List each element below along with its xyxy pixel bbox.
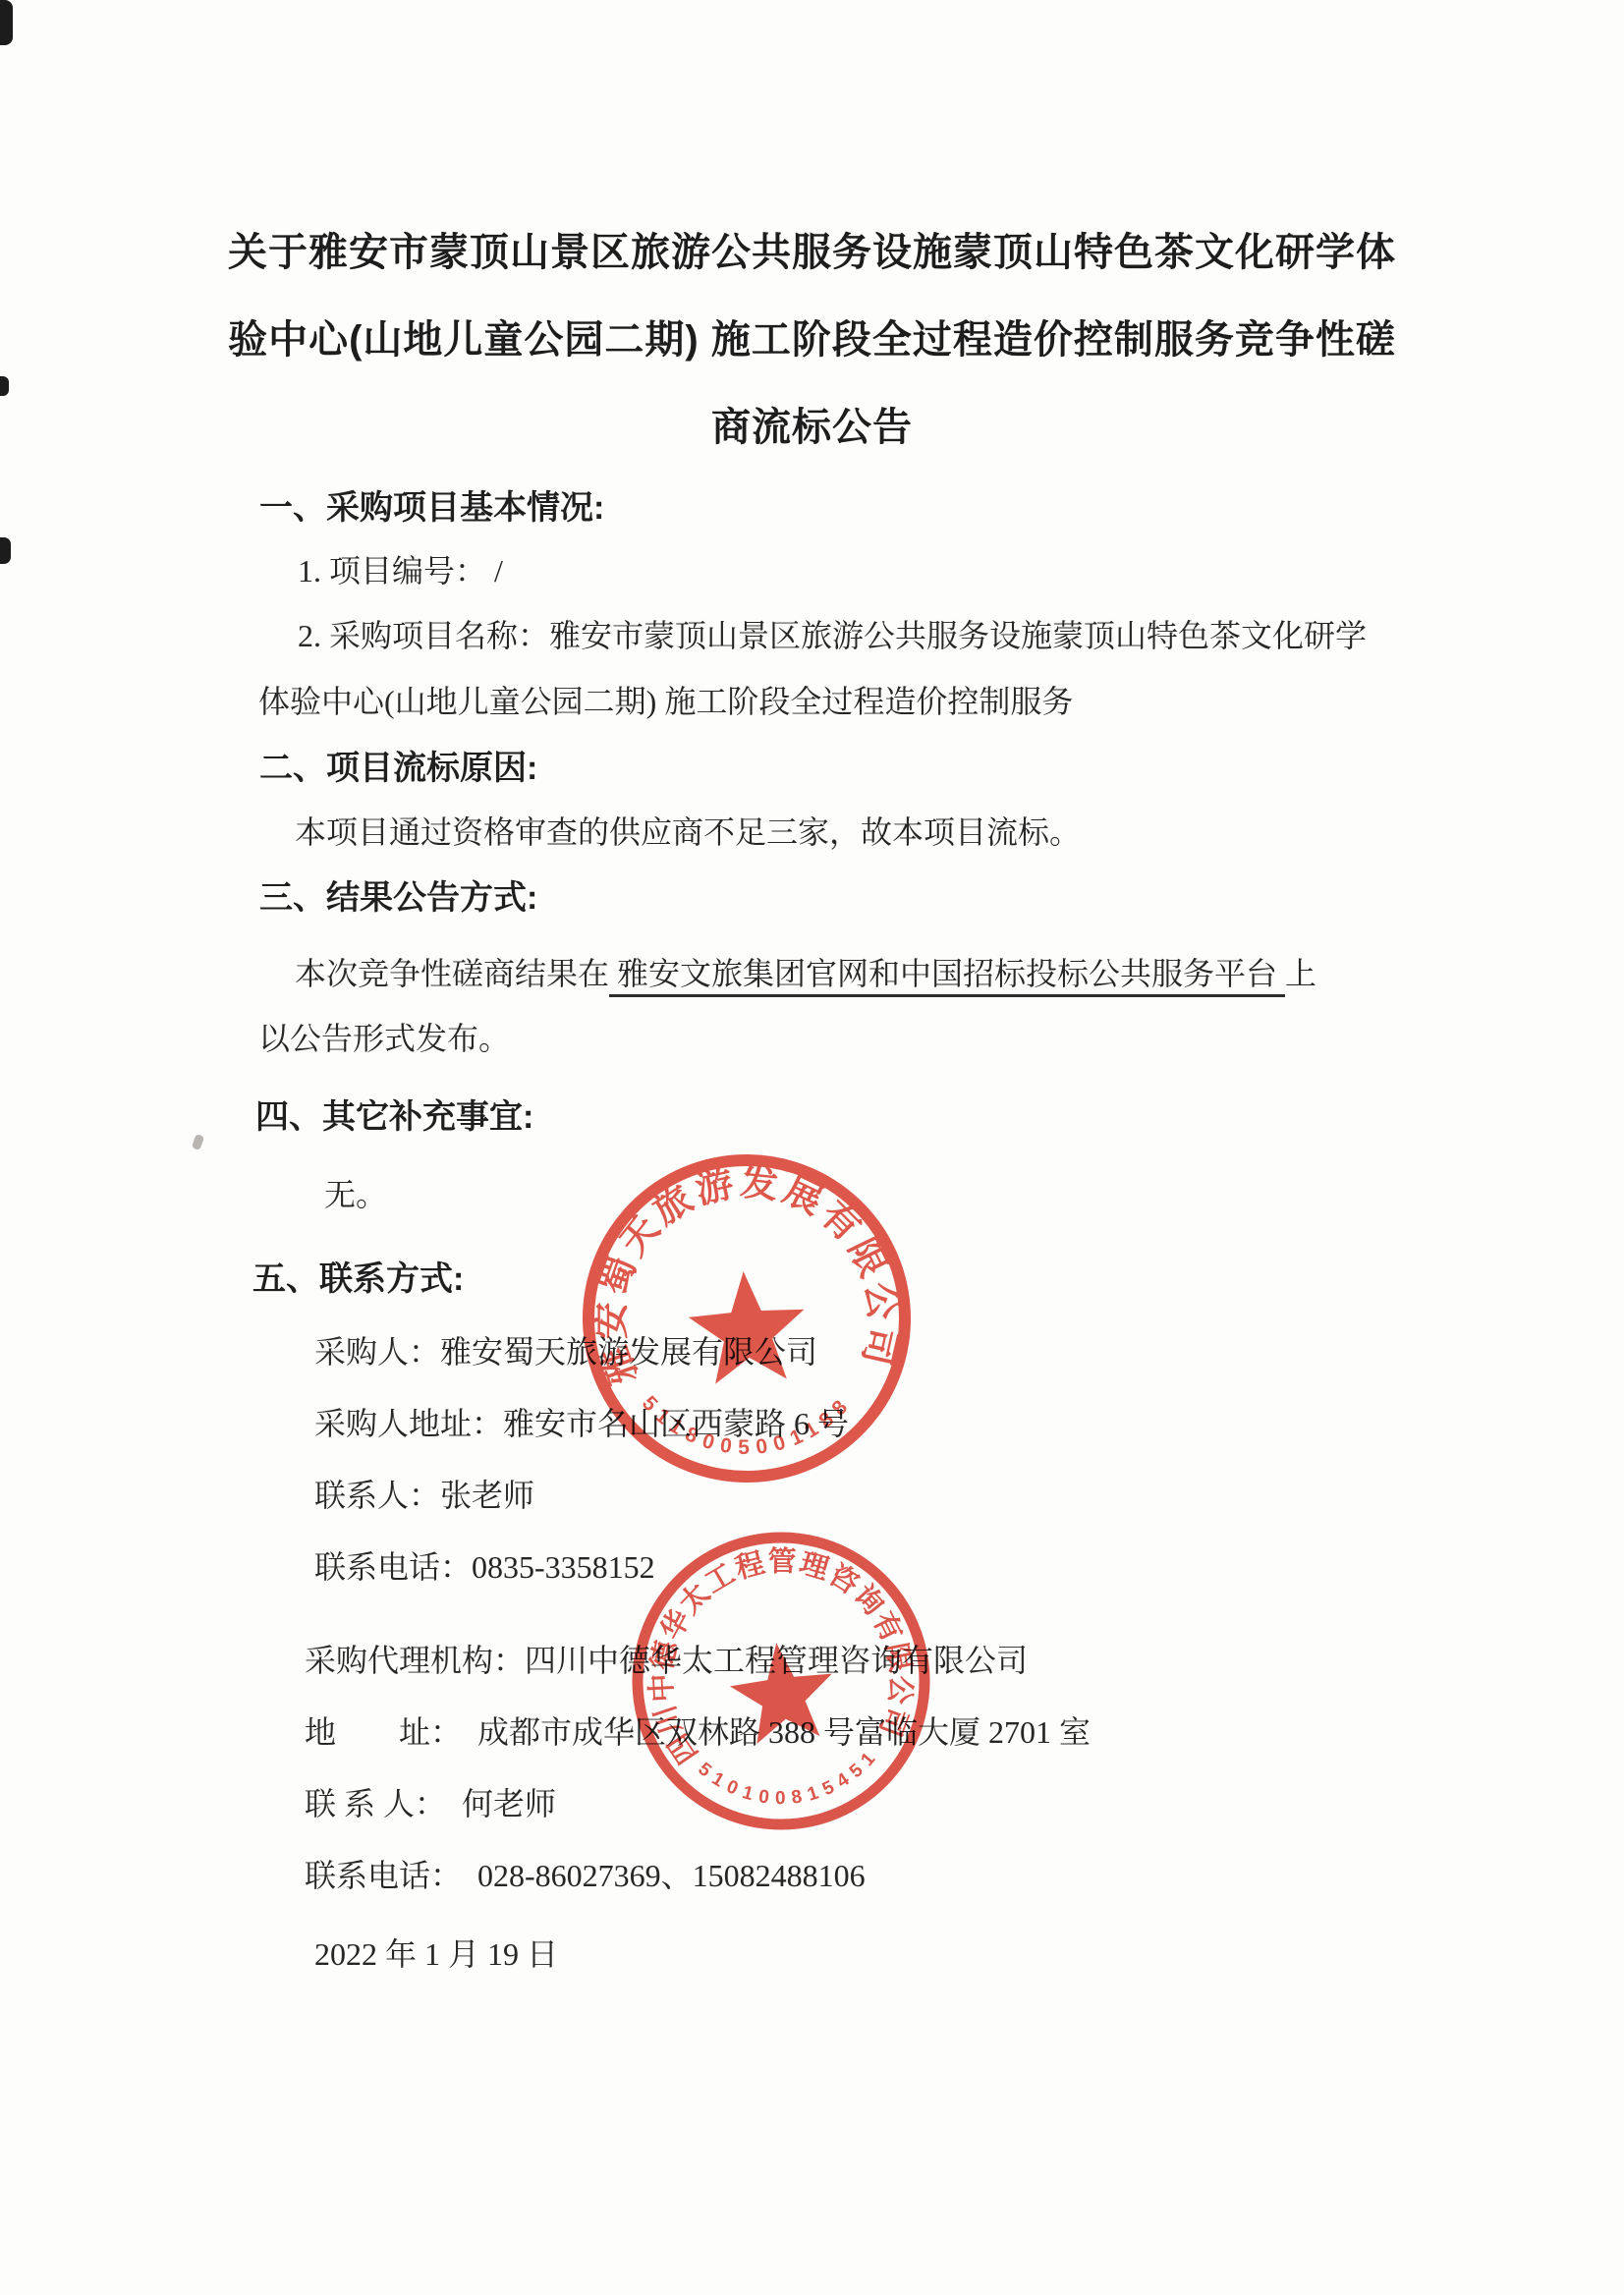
section1-item1: 1. 项目编号： /: [298, 551, 503, 590]
star-icon: [725, 1637, 839, 1747]
scan-artifact: [192, 1134, 205, 1150]
section1-heading: 一、采购项目基本情况:: [259, 487, 604, 529]
section2-body: 本项目通过资格审查的供应商不足三家，故本项目流标。: [295, 812, 1081, 852]
star-icon: [686, 1267, 810, 1385]
agency-phone-line: 联系电话： 028-86027369、15082488106: [305, 1856, 866, 1895]
section5-heading: 五、联系方式:: [252, 1259, 464, 1300]
section3-body-continued: 以公告形式发布。: [258, 1019, 510, 1058]
doc-date: 2022 年 1 月 19 日: [314, 1934, 558, 1974]
scan-artifact: [0, 0, 13, 45]
section3-heading: 三、结果公告方式:: [259, 877, 537, 919]
section2-heading: 二、项目流标原因:: [259, 748, 537, 789]
section3-body: 本次竞争性磋商结果在 雅安文旅集团官网和中国招标投标公共服务平台 上: [295, 954, 1316, 993]
doc-title-line-1: 关于雅安市蒙顶山景区旅游公共服务设施蒙顶山特色茶文化研学体: [0, 229, 1624, 276]
section1-item2-continued: 体验中心(山地儿童公园二期) 施工阶段全过程造价控制服务: [258, 682, 1073, 721]
scan-artifact: [0, 537, 11, 564]
document-page: 关于雅安市蒙顶山景区旅游公共服务设施蒙顶山特色茶文化研学体 验中心(山地儿童公园…: [0, 0, 1624, 2295]
buyer-contact-line: 联系人：张老师: [314, 1476, 534, 1515]
scan-artifact: [0, 376, 9, 396]
section3-text-after: 上: [1285, 956, 1316, 991]
section4-heading: 四、其它补充事宜:: [255, 1096, 533, 1138]
buyer-company-stamp: 雅安蜀天旅游发展有限公司 5118005001188: [570, 1142, 924, 1495]
section3-text-before: 本次竞争性磋商结果在: [295, 956, 609, 991]
buyer-phone-line: 联系电话：0835-3358152: [314, 1547, 655, 1587]
doc-title-line-2: 验中心(山地儿童公园二期) 施工阶段全过程造价控制服务竞争性磋: [0, 316, 1624, 364]
agency-contact-line: 联 系 人： 何老师: [305, 1784, 556, 1823]
section3-underlined-platforms: 雅安文旅集团官网和中国招标投标公共服务平台: [609, 956, 1285, 997]
section1-item2: 2. 采购项目名称：雅安市蒙顶山景区旅游公共服务设施蒙顶山特色茶文化研学: [298, 616, 1367, 655]
doc-title-line-3: 商流标公告: [0, 404, 1624, 451]
agency-company-stamp: 四川中德华太工程管理咨询有限公司 510100815451: [619, 1519, 943, 1843]
section4-body: 无。: [324, 1175, 387, 1214]
